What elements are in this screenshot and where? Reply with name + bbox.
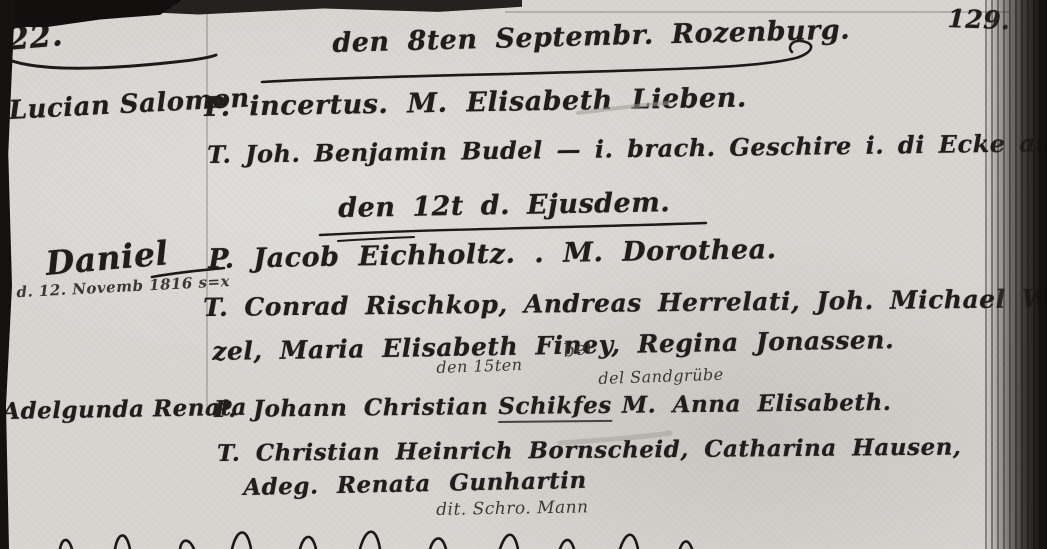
cutoff-line-strokes (60, 532, 692, 549)
top-scan-seam-line (505, 11, 1010, 13)
entry1-line-parents: P. incertus. M. Elisabeth Lieben. (204, 83, 747, 123)
entry3-line-parents: P. Johann ChristianSchikfesM. Anna Elisa… (214, 389, 891, 423)
entry3-underlined-surname: Schikfes (498, 392, 612, 423)
interlinear-place-note: del Sandgrübe (598, 365, 724, 388)
entry1-line-witnesses: T. Joh. Benjamin Budel — i. brach. Gesch… (207, 127, 1047, 169)
interlinear-prefix: bei (562, 337, 594, 361)
entry3-line-child-name: Adeg. Renata Gunhartin (243, 467, 587, 501)
entry3-margin-name: Adelgunda Renata (2, 394, 247, 425)
entry3-interlinear-note: dit. Schro. Mann (436, 497, 589, 520)
date-header-12th: den 12t d. Ejusdem. (338, 187, 670, 224)
ink-flourishes-overlay (0, 0, 1047, 549)
book-binding-edge (985, 0, 1047, 549)
entry3-parents-pre: P. Johann Christian (214, 393, 488, 423)
entry3-line-witnesses: T. Christian Heinrich Bornscheid, Cathar… (217, 434, 961, 467)
entry3-parents-post: M. Anna Elisabeth. (622, 389, 892, 419)
entry2-line-parents: P. Jacob Eichholtz. . M. Dorothea. (208, 234, 777, 275)
interlinear-date-15th: den 15ten (436, 355, 523, 377)
entry2-line-witnesses-2: zel, Maria Elisabeth Finey, Regina Jonas… (212, 325, 894, 366)
scan-edge-top-corner (0, 0, 182, 27)
entry2-line-witnesses-1: T. Conrad Rischkop, Andreas Herrelati, J… (203, 284, 1047, 322)
column-crease-line (206, 6, 208, 410)
paper-grain-texture (0, 0, 1047, 549)
register-page-scan: 129. 22. den 8ten Septembr. Rozenburg. L… (0, 0, 1047, 549)
scan-edge-left (0, 0, 15, 549)
date-header-september: den 8ten Septembr. Rozenburg. (332, 14, 850, 59)
